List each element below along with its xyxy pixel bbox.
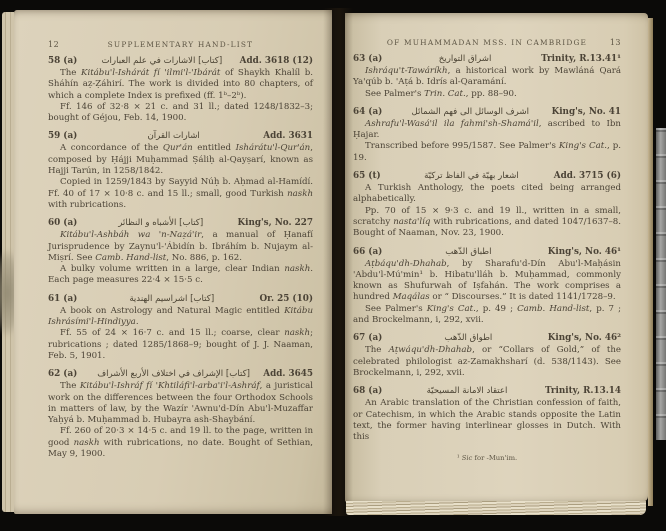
running-title: OF MUHAMMADAN MSS. IN CAMBRIDGE (387, 38, 587, 47)
italic-text: Camb. Hand-list (95, 253, 166, 263)
entry-shelfmark: King's, No. 227 (231, 218, 313, 228)
text-run: Ff. 55 of 24 × 16·7 c. and 15 ll.; coars… (60, 328, 284, 338)
entry-paragraph: Copied in 1259/1843 by Sayyid Núḥ b. Aḥm… (48, 177, 313, 211)
left-page: 12 SUPPLEMENTARY HAND-LIST 58 (a) [كتاب]… (14, 10, 332, 514)
italic-text: Kitábu'l-Ashbáh wa 'n-Naẓá'ir (60, 230, 201, 240)
entry-paragraph: A Turkish Anthology, the poets cited bei… (353, 183, 621, 206)
entry-arabic-title: [كتاب] الاشارات في علم العبارات (90, 56, 234, 66)
running-header: OF MUHAMMADAN MSS. IN CAMBRIDGE 13 (353, 38, 621, 47)
entry-paragraph: Ishráqu't-Tawáríkh, a historical work by… (353, 66, 621, 89)
entry-list: 58 (a) [كتاب] الاشارات في علم العبارات A… (48, 56, 313, 460)
text-run: with rubrications. (48, 200, 126, 210)
italic-text: King's Cat. (427, 304, 476, 314)
entry-paragraph: Ff. 146 of 32·8 × 21 c. and 31 ll.; date… (48, 102, 313, 125)
entry-arabic-title: اطباق الذّهب (395, 247, 542, 257)
entry-heading: 64 (a) اشرف الوسائل الى فهم الشمائل King… (353, 107, 621, 117)
entry-arabic-title: اعتقاد الامانة المسيحيّة (395, 386, 539, 396)
catalogue-entry: 65 (t) اشعار بهيّة في الفاظ تركيّة Add. … (353, 171, 621, 239)
italic-text: naskh (74, 438, 100, 448)
entry-number: 61 (a) (48, 294, 90, 304)
text-run: entitled (193, 143, 236, 153)
entry-shelfmark: Or. 25 (10) (254, 294, 314, 304)
entry-number: 68 (a) (353, 386, 395, 396)
catalogue-entry: 61 (a) [كتاب] اشراسيم الهندية Or. 25 (10… (48, 294, 313, 362)
text-run: A book on Astrology and Natural Magic en… (60, 306, 284, 316)
text-run: A concordance of the (60, 143, 163, 153)
entry-shelfmark: Add. 3618 (12) (234, 56, 313, 66)
italic-text: Qur'án (163, 143, 193, 153)
italic-text: Maqálas (393, 292, 430, 302)
italic-text: naskh (284, 264, 310, 274)
entry-body: Kitábu'l-Ashbáh wa 'n-Naẓá'ir, a manual … (48, 230, 313, 286)
right-page-text: OF MUHAMMADAN MSS. IN CAMBRIDGE 13 63 (a… (353, 38, 621, 462)
italic-text: naskh (284, 328, 310, 338)
entry-body: A Turkish Anthology, the poets cited bei… (353, 183, 621, 239)
entry-paragraph: The Kitábu'l-Ishráf fí 'Khtiláfi'l-arba'… (48, 381, 313, 426)
text-run: . (136, 317, 139, 327)
entry-shelfmark: Trinity, R.13.41¹ (535, 54, 621, 64)
entry-arabic-title: اطواق الذّهب (395, 333, 542, 343)
right-fore-edge (648, 18, 653, 506)
entry-heading: 60 (a) [كتاب] الأشباه و النظائر King's, … (48, 218, 313, 228)
catalogue-entry: 58 (a) [كتاب] الاشارات في علم العبارات A… (48, 56, 313, 124)
entry-shelfmark: King's, No. 46¹ (542, 247, 621, 257)
catalogue-entry: 68 (a) اعتقاد الامانة المسيحيّة Trinity,… (353, 386, 621, 443)
entry-paragraph: A concordance of the Qur'án entitled Ish… (48, 143, 313, 177)
entry-arabic-title: اشعار بهيّة في الفاظ تركيّة (395, 171, 548, 181)
entry-heading: 65 (t) اشعار بهيّة في الفاظ تركيّة Add. … (353, 171, 621, 181)
text-run: An Arabic translation of the Christian c… (353, 398, 621, 442)
footnote: ¹ Sic for -Mun'im. (353, 454, 621, 462)
entry-arabic-title: اشرف الوسائل الى فهم الشمائل (395, 107, 546, 117)
italic-text: Ishráqu't-Tawáríkh (365, 66, 448, 76)
text-run: for -Mun'im. (472, 454, 517, 462)
entry-arabic-title: اشارات القرآن (90, 131, 257, 141)
entry-paragraph: Transcribed before 995/1587. See Palmer'… (353, 141, 621, 164)
entry-shelfmark: King's, No. 41 (546, 107, 621, 117)
italic-text: Sic (462, 454, 473, 462)
entry-list: 63 (a) اشراق التواريخ Trinity, R.13.41¹ … (353, 54, 621, 443)
entry-paragraph: An Arabic translation of the Christian c… (353, 398, 621, 443)
catalogue-entry: 62 (a) [كتاب] الإشراف في اختلاف الأربع ا… (48, 369, 313, 460)
entry-paragraph: The Kitábu'l-Ishárát fí 'ilmi'l-'Ibárát … (48, 68, 313, 102)
catalogue-entry: 67 (a) اطواق الذّهب King's, No. 46² The … (353, 333, 621, 379)
italic-text: Ishárátu'l-Qur'án (236, 143, 311, 153)
italic-text: Kitábu'l-Ishárát fí 'ilmi'l-'Ibárát (81, 68, 220, 78)
entry-number: 65 (t) (353, 171, 395, 181)
book-photo: 12 SUPPLEMENTARY HAND-LIST 58 (a) [كتاب]… (0, 0, 666, 531)
text-run: See Palmer's (365, 304, 427, 314)
entry-shelfmark: Add. 3645 (257, 369, 313, 379)
entry-heading: 62 (a) [كتاب] الإشراف في اختلاف الأربع ا… (48, 369, 313, 379)
entry-shelfmark: Add. 3715 (6) (548, 171, 621, 181)
entry-paragraph: Ff. 260 of 20·3 × 14·5 c. and 19 ll. to … (48, 426, 313, 460)
catalogue-entry: 64 (a) اشرف الوسائل الى فهم الشمائل King… (353, 107, 621, 164)
text-run: The (60, 381, 80, 391)
text-run: , p. 49 ; (476, 304, 517, 314)
entry-arabic-title: [كتاب] الأشباه و النظائر (90, 218, 231, 228)
entry-heading: 58 (a) [كتاب] الاشارات في علم العبارات A… (48, 56, 313, 66)
text-run: A Turkish Anthology, the poets cited bei… (353, 183, 621, 204)
entry-number: 63 (a) (353, 54, 395, 64)
entry-number: 58 (a) (48, 56, 90, 66)
page-number: 12 (48, 40, 82, 49)
running-header: 12 SUPPLEMENTARY HAND-LIST (48, 40, 313, 49)
catalogue-entry: 63 (a) اشراق التواريخ Trinity, R.13.41¹ … (353, 54, 621, 100)
entry-arabic-title: [كتاب] الإشراف في اختلاف الأربع الأشراف (90, 369, 257, 379)
entry-body: The Kitábu'l-Ishráf fí 'Khtiláfi'l-arba'… (48, 381, 313, 460)
italic-text: Aṭbáqu'dh-Dhahab (365, 259, 447, 269)
entry-heading: 59 (a) اشارات القرآن Add. 3631 (48, 131, 313, 141)
entry-number: 59 (a) (48, 131, 90, 141)
right-page: OF MUHAMMADAN MSS. IN CAMBRIDGE 13 63 (a… (345, 13, 648, 502)
entry-body: Ashrafu'l-Wasá'il ila fahmi'sh-Shamá'il,… (353, 119, 621, 164)
entry-paragraph: A bulky volume written in a large, clear… (48, 264, 313, 287)
entry-body: Aṭbáqu'dh-Dhahab, by Sharafu'd-Dín Abu'l… (353, 259, 621, 327)
italic-text: King's Cat. (559, 141, 607, 151)
entry-shelfmark: Trinity, R.13.14 (539, 386, 621, 396)
page-number: 13 (587, 38, 621, 47)
italic-text: Camb. Hand-list (517, 304, 589, 314)
entry-body: An Arabic translation of the Christian c… (353, 398, 621, 443)
entry-paragraph: See Palmer's King's Cat., p. 49 ; Camb. … (353, 304, 621, 327)
entry-paragraph: Aṭbáqu'dh-Dhahab, by Sharafu'd-Dín Abu'l… (353, 259, 621, 304)
italic-text: Aṭwáqu'dh-Dhahab (389, 345, 473, 355)
entry-body: The Kitábu'l-Ishárát fí 'ilmi'l-'Ibárát … (48, 68, 313, 124)
entry-number: 66 (a) (353, 247, 395, 257)
entry-number: 64 (a) (353, 107, 395, 117)
entry-paragraph: Kitábu'l-Ashbáh wa 'n-Naẓá'ir, a manual … (48, 230, 313, 264)
text-run: A bulky volume written in a large, clear… (60, 264, 284, 274)
entry-arabic-title: اشراق التواريخ (395, 54, 535, 64)
italic-text: Ashrafu'l-Wasá'il ila fahmi'sh-Shamá'il (365, 119, 539, 129)
italic-text: naskh (287, 189, 313, 199)
entry-number: 62 (a) (48, 369, 90, 379)
entry-heading: 68 (a) اعتقاد الامانة المسيحيّة Trinity,… (353, 386, 621, 396)
text-run: The (365, 345, 389, 355)
entry-arabic-title: [كتاب] اشراسيم الهندية (90, 294, 254, 304)
italic-text: Trin. Cat. (424, 89, 466, 99)
running-title: SUPPLEMENTARY HAND-LIST (82, 40, 279, 49)
entry-number: 60 (a) (48, 218, 90, 228)
catalogue-entry: 66 (a) اطباق الذّهب King's, No. 46¹ Aṭbá… (353, 247, 621, 327)
italic-text: Kitábu'l-Ishráf fí 'Khtiláfi'l-arba'i'l-… (80, 381, 260, 391)
text-run: , pp. 88–90. (466, 89, 517, 99)
entry-paragraph: See Palmer's Trin. Cat., pp. 88–90. (353, 89, 621, 100)
bottom-page-edges (346, 501, 646, 515)
entry-paragraph: A book on Astrology and Natural Magic en… (48, 306, 313, 329)
catalogue-entry: 59 (a) اشارات القرآن Add. 3631 A concord… (48, 131, 313, 211)
catalogue-entry: 60 (a) [كتاب] الأشباه و النظائر King's, … (48, 218, 313, 286)
entry-heading: 66 (a) اطباق الذّهب King's, No. 46¹ (353, 247, 621, 257)
entry-heading: 63 (a) اشراق التواريخ Trinity, R.13.41¹ (353, 54, 621, 64)
entry-heading: 61 (a) [كتاب] اشراسيم الهندية Or. 25 (10… (48, 294, 313, 304)
entry-body: Ishráqu't-Tawáríkh, a historical work by… (353, 66, 621, 100)
entry-body: A book on Astrology and Natural Magic en… (48, 306, 313, 362)
text-run: or “ Discourses.” It is dated 1141/1728–… (430, 292, 616, 302)
entry-shelfmark: Add. 3631 (257, 131, 313, 141)
left-page-text: 12 SUPPLEMENTARY HAND-LIST 58 (a) [كتاب]… (48, 40, 313, 460)
text-run: Transcribed before 995/1587. See Palmer'… (365, 141, 559, 151)
text-run: , No. 886, p. 162. (166, 253, 242, 263)
entry-number: 67 (a) (353, 333, 395, 343)
entry-paragraph: Ff. 55 of 24 × 16·7 c. and 15 ll.; coars… (48, 328, 313, 362)
entry-body: The Aṭwáqu'dh-Dhahab, or “Collars of Gol… (353, 345, 621, 379)
italic-text: nasta'líq (393, 217, 430, 227)
entry-shelfmark: King's, No. 46² (542, 333, 621, 343)
text-run: See Palmer's (365, 89, 424, 99)
text-run: Ff. 146 of 32·8 × 21 c. and 31 ll.; date… (48, 102, 313, 123)
entry-paragraph: Ashrafu'l-Wasá'il ila fahmi'sh-Shamá'il,… (353, 119, 621, 142)
entry-paragraph: Pp. 70 of 15 × 9·3 c. and 19 ll., writte… (353, 206, 621, 240)
text-run: Copied in 1259/1843 by Sayyid Núḥ b. Aḥm… (48, 177, 313, 198)
text-run: The (60, 68, 81, 78)
entry-paragraph: The Aṭwáqu'dh-Dhahab, or “Collars of Gol… (353, 345, 621, 379)
book-stand-strip (656, 128, 666, 440)
entry-body: A concordance of the Qur'án entitled Ish… (48, 143, 313, 211)
entry-heading: 67 (a) اطواق الذّهب King's, No. 46² (353, 333, 621, 343)
